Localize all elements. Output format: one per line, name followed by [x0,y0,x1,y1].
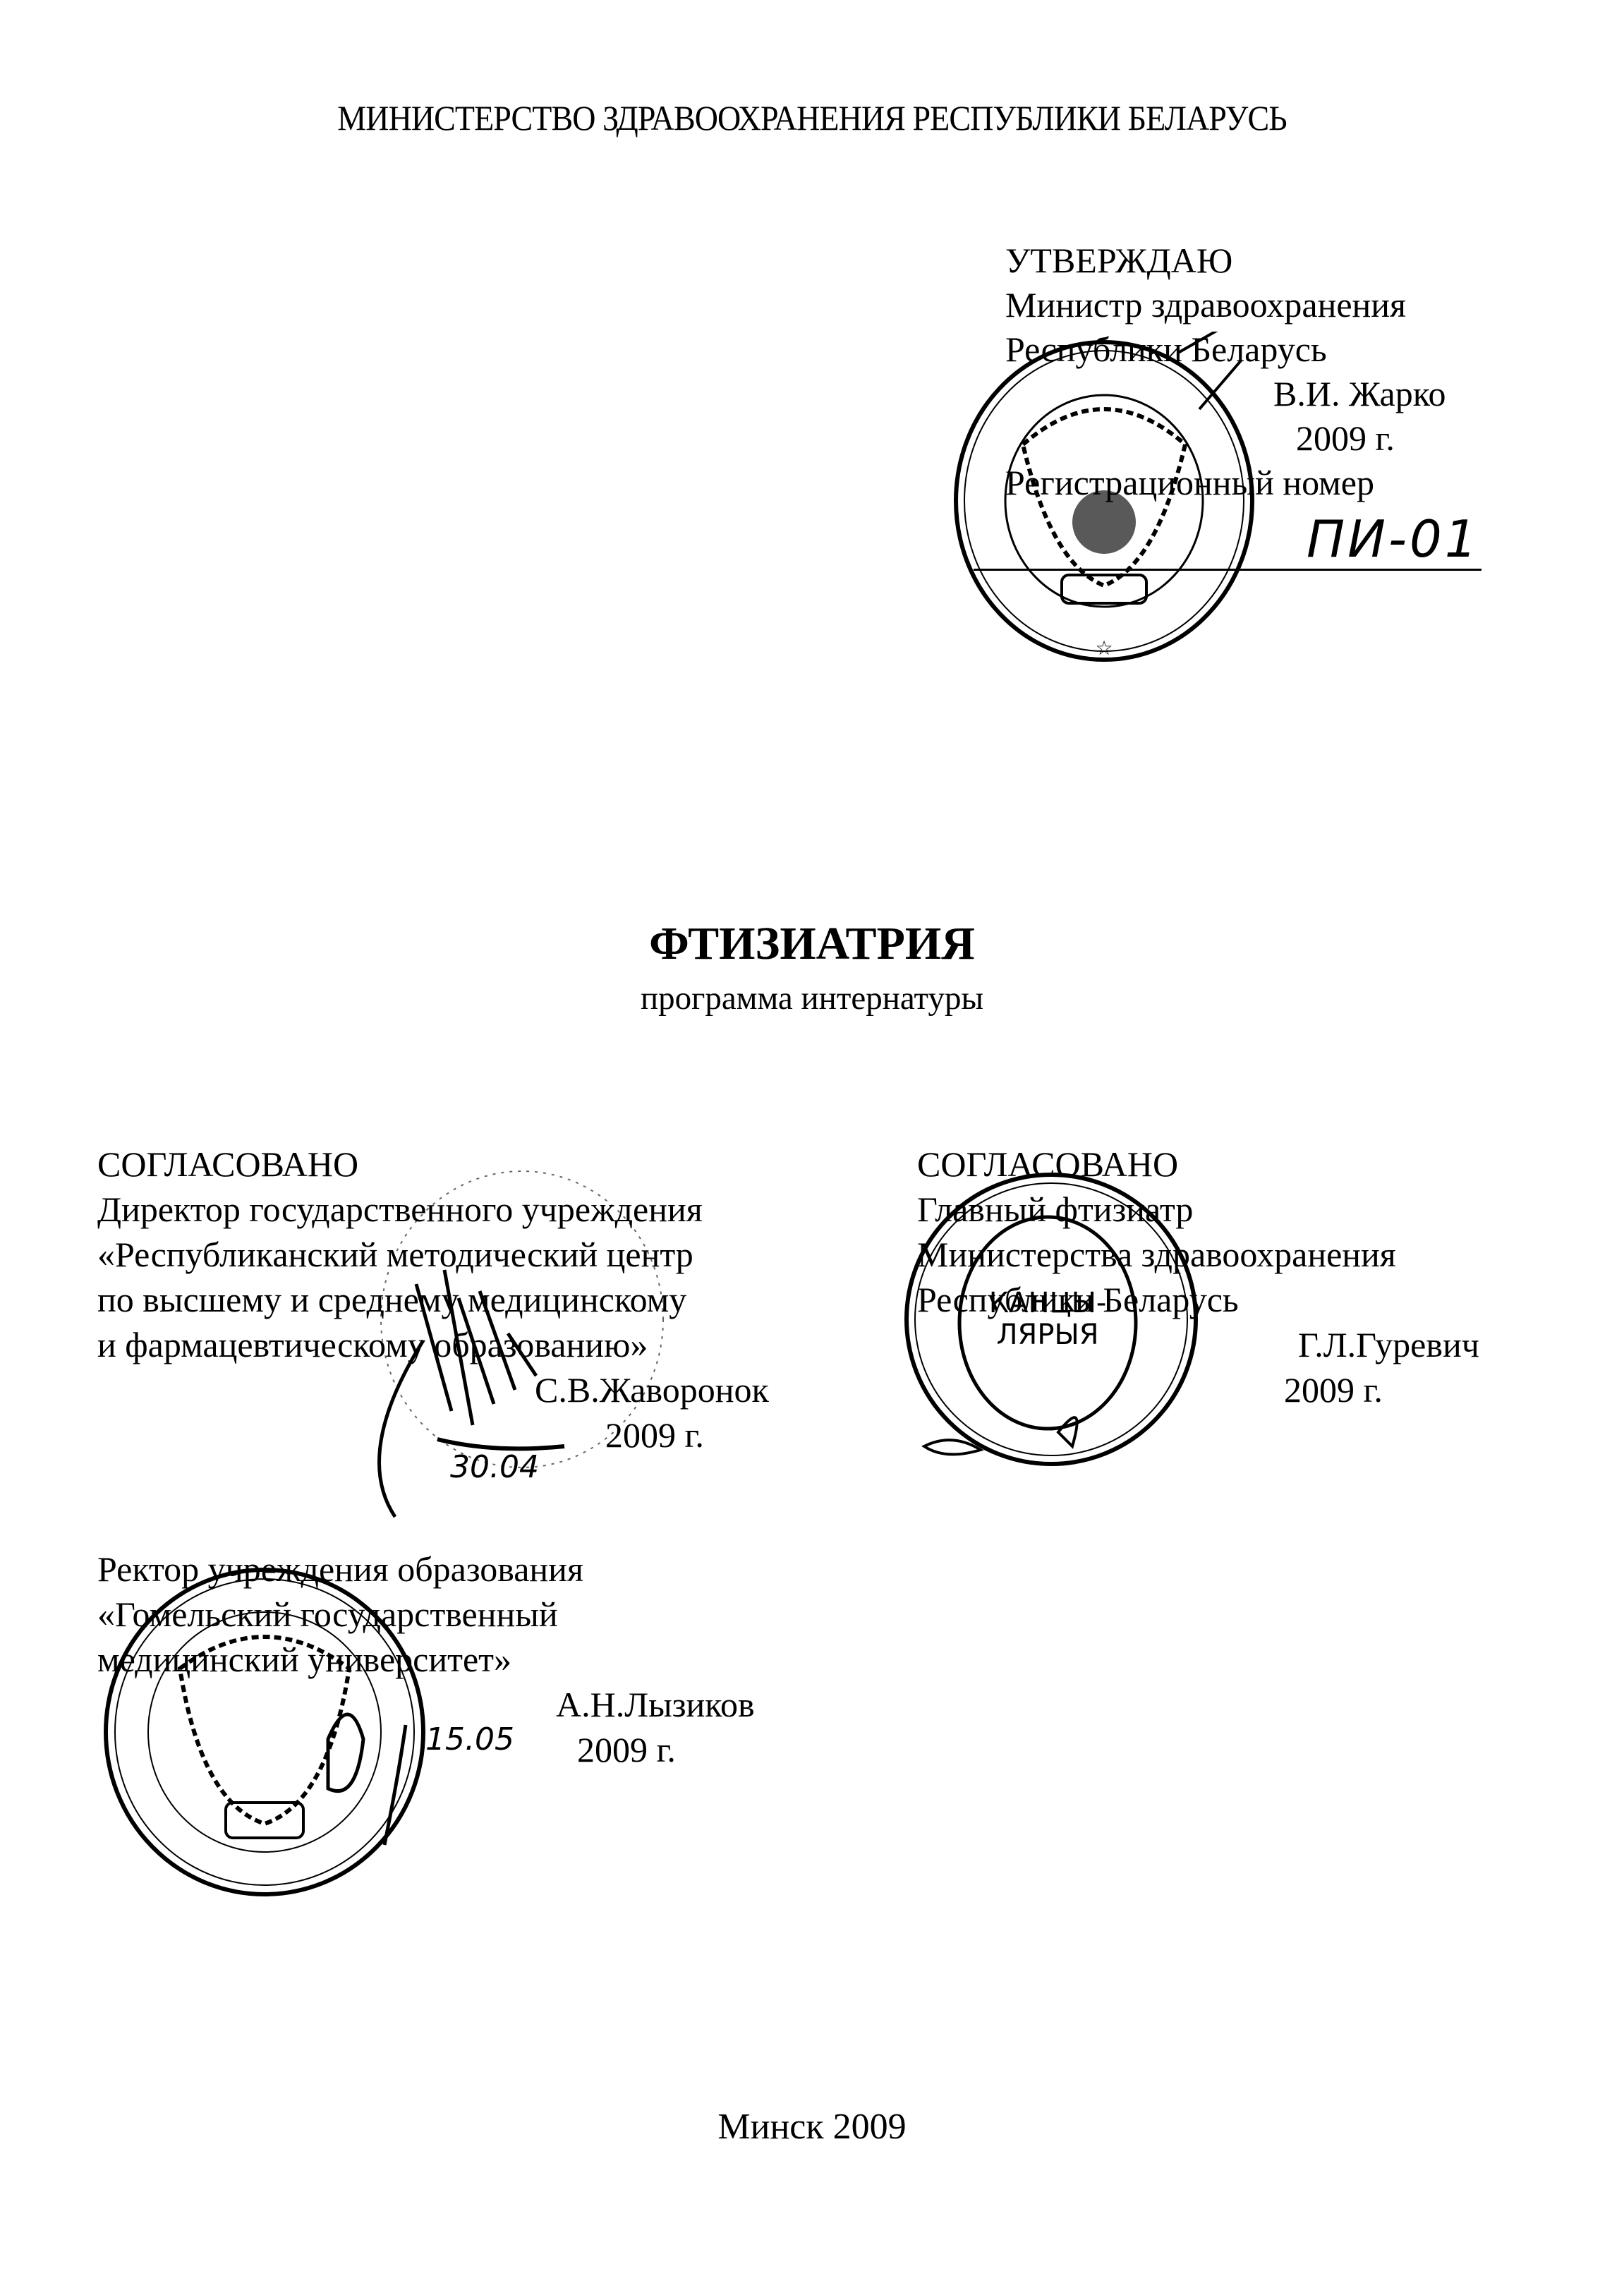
svg-text:☆: ☆ [1095,636,1113,660]
handwritten-date: 15.05 [425,1721,514,1757]
chancellery-stamp-icon: КАНЦЫ- ЛЯРЫЯ [896,1164,1206,1475]
registration-number: ПИ-01 [1307,509,1480,569]
ministry-stamp-icon: ☆ [945,332,1263,670]
approval-position-line1: Министр здравоохранения [1005,283,1446,327]
svg-text:ЛЯРЫЯ: ЛЯРЫЯ [996,1319,1098,1351]
document-title: ФТИЗИАТРИЯ [0,917,1624,971]
handwritten-date: 30.04 [450,1449,539,1485]
university-stamp-icon [95,1563,434,1901]
svg-text:КАНЦЫ-: КАНЦЫ- [989,1287,1107,1319]
document-subtitle: программа интернатуры [0,979,1624,1017]
ministry-header: МИНИСТЕРСТВО ЗДРАВООХРАНЕНИЯ РЕСПУБЛИКИ … [65,97,1559,138]
approval-heading: УТВЕРЖДАЮ [1005,238,1446,283]
place-and-year: Минск 2009 [0,2106,1624,2148]
